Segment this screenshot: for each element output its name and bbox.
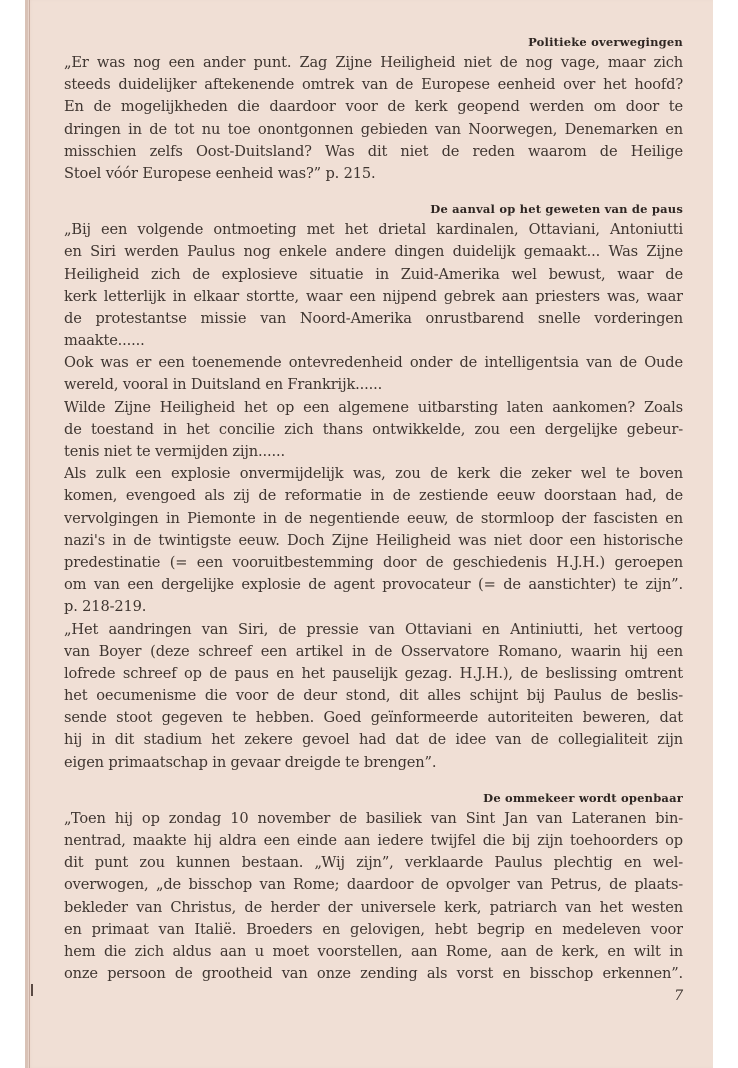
text-line: het oecumenisme die voor de deur stond, … (64, 685, 683, 707)
text-line: en primaat van Italië. Broeders en gelov… (64, 919, 683, 941)
text-line: predestinatie (= een vooruitbestemming d… (64, 552, 683, 574)
text-line: en Siri werden Paulus nog enkele andere … (64, 241, 683, 263)
text-line: hij in dit stadium het zekere gevoel had… (64, 729, 683, 751)
text-line: „Het aandringen van Siri, de pressie van… (64, 619, 683, 641)
text-line: sende stoot gegeven te hebben. Goed geïn… (64, 707, 683, 729)
text-line: de toestand in het concilie zich thans o… (64, 419, 683, 441)
text-line: p. 218-219. (64, 596, 683, 618)
text-line: nentrad, maakte hij aldra een einde aan … (64, 830, 683, 852)
section-heading-politieke-overwegingen: Politieke overwegingen (64, 32, 683, 52)
margin-mark (31, 984, 33, 996)
text-line: Stoel vóór Europese eenheid was?” p. 215… (64, 163, 683, 185)
text-line: hem die zich aldus aan u moet voorstelle… (64, 941, 683, 963)
text-line: onze persoon de grootheid van onze zendi… (64, 963, 683, 985)
section-gap (64, 185, 683, 199)
text-line: Wilde Zijne Heiligheid het op een algeme… (64, 397, 683, 419)
text-line: misschien zelfs Oost-Duitsland? Was dit … (64, 141, 683, 163)
page-number: 7 (64, 985, 683, 1007)
text-line: eigen primaatschap in gevaar dreigde te … (64, 752, 683, 774)
book-page: Politieke overwegingen „Er was nog een a… (25, 0, 713, 1068)
text-line: van Boyer (deze schreef een artikel in d… (64, 641, 683, 663)
text-line: „Bij een volgende ontmoeting met het dri… (64, 219, 683, 241)
text-line: „Er was nog een ander punt. Zag Zijne He… (64, 52, 683, 74)
section-gap (64, 774, 683, 788)
text-line: dringen in de tot nu toe onontgonnen geb… (64, 119, 683, 141)
text-line: lofrede schreef op de paus en het pausel… (64, 663, 683, 685)
text-line: Als zulk een explosie onvermijdelijk was… (64, 463, 683, 485)
text-line: tenis niet te vermijden zijn...... (64, 441, 683, 463)
text-line: dit punt zou kunnen bestaan. „Wij zijn”,… (64, 852, 683, 874)
text-line: steeds duidelijker aftekenende omtrek va… (64, 74, 683, 96)
text-line: „Toen hij op zondag 10 november de basil… (64, 808, 683, 830)
text-line: de protestantse missie van Noord-Amerika… (64, 308, 683, 330)
text-line: bekleder van Christus, de herder der uni… (64, 897, 683, 919)
text-line: Ook was er een toenemende ontevredenheid… (64, 352, 683, 374)
text-line: om van een dergelijke explosie de agent … (64, 574, 683, 596)
text-line: kerk letterlijk in elkaar stortte, waar … (64, 286, 683, 308)
text-line: maakte...... (64, 330, 683, 352)
text-line: komen, evengoed als zij de reformatie in… (64, 485, 683, 507)
text-column: Politieke overwegingen „Er was nog een a… (64, 32, 683, 1007)
text-line: Heiligheid zich de explosieve situatie i… (64, 264, 683, 286)
section-heading-aanval: De aanval op het geweten van de paus (64, 199, 683, 219)
text-line: nazi's in de twintigste eeuw. Doch Zijne… (64, 530, 683, 552)
section-heading-ommekeer: De ommekeer wordt openbaar (64, 788, 683, 808)
text-line: wereld, vooral in Duitsland en Frankrijk… (64, 374, 683, 396)
text-line: vervolgingen in Piemonte in de negentien… (64, 508, 683, 530)
text-line: En de mogelijkheden die daardoor voor de… (64, 96, 683, 118)
text-line: overwogen, „de bisschop van Rome; daardo… (64, 874, 683, 896)
